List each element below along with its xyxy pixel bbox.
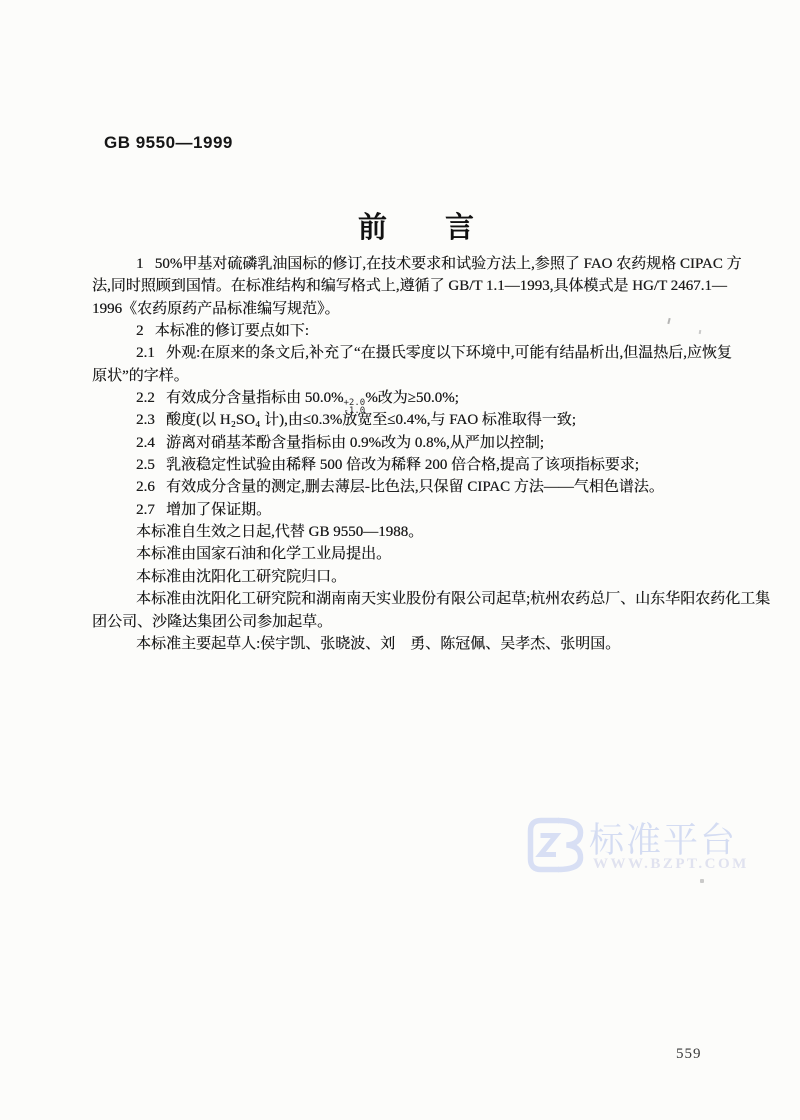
watermark: 标准平台 WWW.BZPT.COM [519, 803, 739, 895]
scanned-standard-page: GB 9550—1999 前 言 1 50%甲基对硫磷乳油国标的修订,在技术要求… [0, 0, 800, 1120]
tolerance-superscript: +2.0-1.0 [344, 399, 366, 415]
tolerance-pre-text: 2.2 有效成分含量指标由 50.0% [136, 390, 344, 406]
tolerance-post-text: %改为≥50.0%; [365, 390, 459, 406]
body-line: 法,同时照顾到国情。在标准结构和编写格式上,遵循了 GB/T 1.1—1993,… [92, 275, 752, 297]
standard-code: GB 9550—1999 [104, 133, 233, 153]
body-line: 1 50%甲基对硫磷乳油国标的修订,在技术要求和试验方法上,参照了 FAO 农药… [92, 253, 752, 275]
body-line: 本标准由沈阳化工研究院和湖南南天实业股份有限公司起草;杭州农药总厂、山东华阳农药… [92, 588, 752, 610]
body-line: 2.1 外观:在原来的条文后,补充了“在摄氏零度以下环境中,可能有结晶析出,但温… [92, 342, 752, 364]
bzpt-zb-logo-icon [525, 816, 585, 874]
body-line: 2.4 游离对硝基苯酚含量指标由 0.9%改为 0.8%,从严加以控制; [92, 432, 752, 454]
watermark-url-text: WWW.BZPT.COM [593, 856, 749, 873]
body-line: 2.6 有效成分含量的测定,删去薄层-比色法,只保留 CIPAC 方法——气相色… [92, 476, 752, 498]
page-title: 前 言 [0, 205, 800, 246]
body-line: 2.7 增加了保证期。 [92, 499, 752, 521]
body-line: 2 本标准的修订要点如下: [92, 320, 752, 342]
scan-speck [700, 879, 704, 883]
body-line: 2.3 酸度(以 H₂SO₄ 计),由≤0.3%放宽至≤0.4%,与 FAO 标… [92, 409, 752, 431]
body-line-with-tolerance: 2.2 有效成分含量指标由 50.0%+2.0-1.0%改为≥50.0%; [92, 387, 752, 409]
body-line: 1996《农药原药产品标准编写规范》。 [92, 298, 752, 320]
body-line: 本标准由沈阳化工研究院归口。 [92, 566, 752, 588]
page-number: 559 [676, 1046, 702, 1063]
body-line: 本标准主要起草人:侯宇凯、张晓波、刘 勇、陈冠佩、吴孝杰、张明国。 [92, 633, 752, 655]
tolerance-minus: -1.0 [344, 407, 366, 415]
body-line: 原状”的字样。 [92, 365, 752, 387]
body-line: 本标准由国家石油和化学工业局提出。 [92, 543, 752, 565]
foreword-body: 1 50%甲基对硫磷乳油国标的修订,在技术要求和试验方法上,参照了 FAO 农药… [92, 253, 752, 655]
body-line: 团公司、沙隆达集团公司参加起草。 [92, 611, 752, 633]
body-line: 2.5 乳液稳定性试验由稀释 500 倍改为稀释 200 倍合格,提高了该项指标… [92, 454, 752, 476]
body-line: 本标准自生效之日起,代替 GB 9550—1988。 [92, 521, 752, 543]
